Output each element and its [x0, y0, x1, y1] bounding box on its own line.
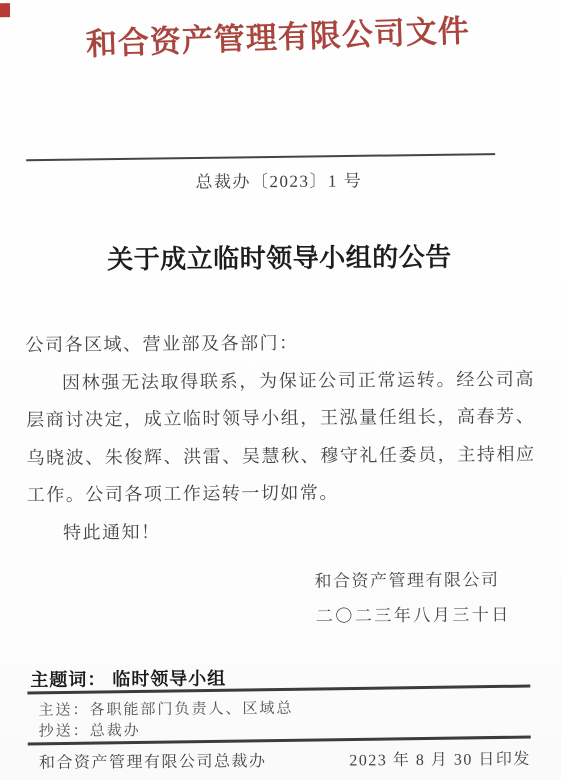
subject-keywords-row: 主题词：临时领导小组	[30, 664, 226, 692]
letterhead-divider	[26, 153, 495, 161]
subject-value: 临时领导小组	[112, 668, 226, 689]
issuing-office: 和合资产管理有限公司总裁办	[39, 748, 267, 773]
document-body: 公司各区域、营业部及各部门： 因林强无法取得联系，为保证公司正常运转。经公司高层…	[25, 323, 536, 552]
subject-label: 主题词：	[30, 669, 106, 690]
body-paragraph: 因林强无法取得联系，为保证公司正常运转。经公司高层商讨决定，成立临时领导小组，王…	[26, 361, 536, 515]
signature-organization: 和合资产管理有限公司	[314, 565, 499, 591]
document-page: 和合资产管理有限公司文件 总裁办〔2023〕1 号 关于成立临时领导小组的公告 …	[0, 0, 561, 780]
document-title: 关于成立临时领导小组的公告	[0, 236, 560, 277]
print-date: 2023 年 8 月 30 日印发	[349, 746, 531, 770]
main-send-row: 主送：各职能部门负责人、区域总	[38, 697, 293, 720]
document-letterhead: 和合资产管理有限公司文件	[0, 2, 559, 67]
main-send-value: 各职能部门负责人、区域总	[89, 701, 293, 719]
document-number: 总裁办〔2023〕1 号	[0, 165, 559, 194]
main-send-label: 主送：	[38, 703, 89, 719]
copy-send-value: 总裁办	[90, 723, 141, 739]
issue-info-row: 和合资产管理有限公司总裁办 2023 年 8 月 30 日印发	[39, 746, 531, 773]
salutation-line: 公司各区域、营业部及各部门：	[25, 323, 534, 364]
signature-date: 二〇二三年八月三十日	[316, 600, 511, 627]
closing-line: 特此通知！	[27, 510, 536, 551]
copy-send-label: 抄送：	[39, 724, 90, 740]
red-corner-mark	[0, 3, 10, 17]
copy-send-row: 抄送：总裁办	[39, 719, 141, 741]
